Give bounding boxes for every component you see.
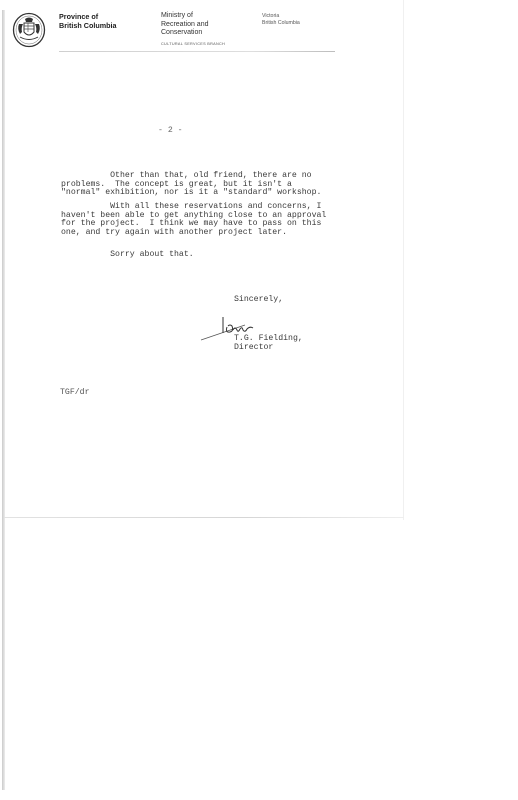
page-number: - 2 - xyxy=(158,127,183,136)
scan-edge-right xyxy=(403,0,404,520)
province-line-1: Province of xyxy=(59,12,117,21)
letterhead-divider xyxy=(59,51,335,52)
body-paragraph: With all these reservations and concerns… xyxy=(61,203,326,237)
ministry-line-1: Ministry of xyxy=(161,12,208,21)
body-paragraph: Other than that, old friend, there are n… xyxy=(61,172,321,198)
signatory-block: T.G. Fielding, Director xyxy=(234,335,303,352)
closing-salutation: Sincerely, xyxy=(234,296,283,305)
location-line-2: British Columbia xyxy=(262,20,300,27)
letterhead-location: Victoria British Columbia xyxy=(262,13,300,26)
provincial-coat-of-arms-icon xyxy=(12,12,46,48)
branch-name: CULTURAL SERVICES BRANCH xyxy=(161,42,225,46)
paper-fold-line xyxy=(4,517,404,518)
province-line-2: British Columbia xyxy=(59,21,117,30)
province-name: Province of British Columbia xyxy=(59,12,117,30)
scan-edge-left xyxy=(2,10,5,790)
ministry-line-2: Recreation and xyxy=(161,21,208,30)
ministry-name: Ministry of Recreation and Conservation xyxy=(161,12,208,38)
body-paragraph: Sorry about that. xyxy=(61,251,194,260)
letter-page: Province of British Columbia Ministry of… xyxy=(0,0,518,800)
reference-initials: TGF/dr xyxy=(60,389,89,398)
ministry-line-3: Conservation xyxy=(161,29,208,38)
signatory-title: Director xyxy=(234,343,273,352)
